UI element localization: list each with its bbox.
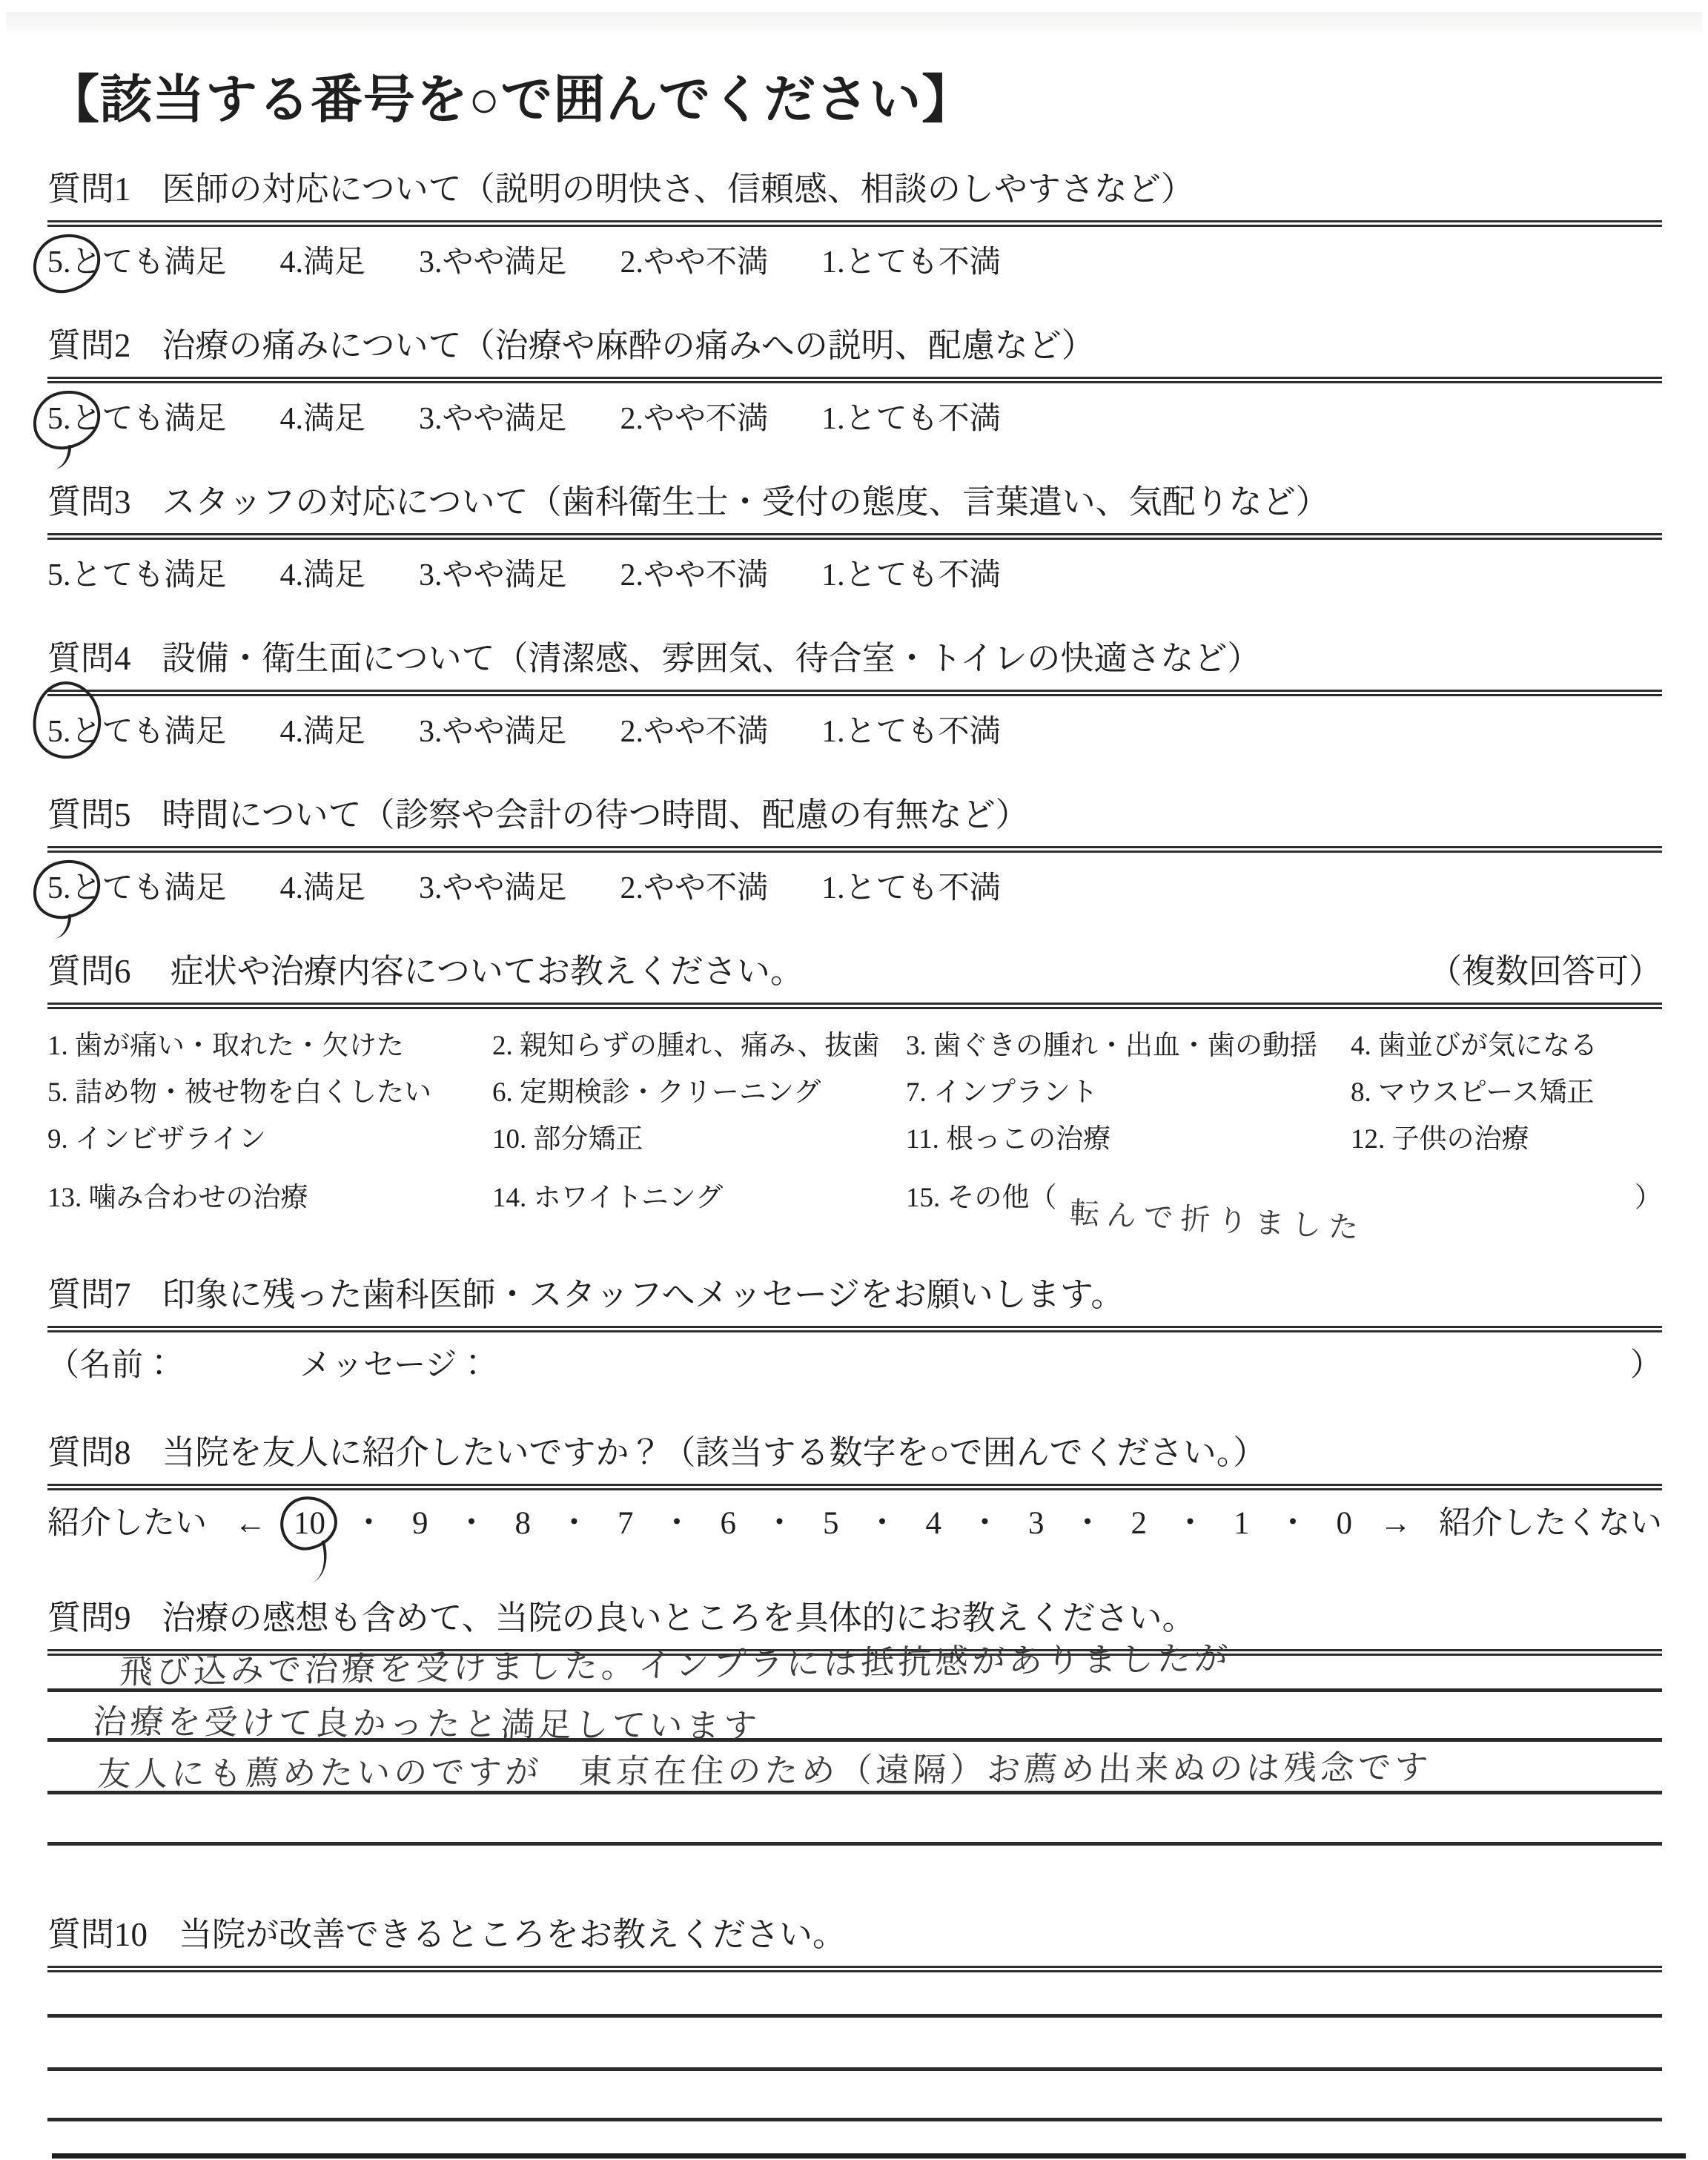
question-1-option-4: 4.満足 — [280, 243, 366, 282]
answer-line-empty — [47, 2071, 1662, 2121]
scale-separator: ・ — [969, 1504, 1001, 1544]
multiple-answers-note: （複数回答可） — [1429, 951, 1662, 992]
question-5-option-2: 2.やや不満 — [620, 869, 769, 908]
question-1-option-5: 5.とても満足 — [47, 243, 227, 282]
answer-line-empty — [47, 2018, 1662, 2071]
scale-value-label: 10 — [294, 1506, 325, 1541]
question-2-block: 質問2 治療の痛みについて（治療や麻酔の痛みへの説明、配慮など） 5.とても満足… — [47, 325, 1662, 438]
question-1-options-row: 5.とても満足 4.満足 3.やや満足 2.やや不満 1.とても不満 — [47, 243, 1662, 282]
question-6-heading-left: 質問6 症状や治療内容についてお教えください。 — [47, 951, 804, 992]
question-2-option-3: 3.やや満足 — [419, 400, 567, 438]
question-3-heading: 質問3 スタッフの対応について（歯科衛生士・受付の態度、言葉遣い、気配りなど） — [47, 481, 1662, 523]
scale-separator: ・ — [1174, 1504, 1206, 1544]
question-4-option-1: 1.とても不満 — [821, 713, 1001, 751]
question-4-option-5: 5.とても満足 — [47, 713, 227, 751]
scale-value-1: 1 — [1234, 1504, 1250, 1544]
scan-bottom-edge — [52, 2153, 1686, 2159]
symptom-options-grid: 1. 歯が痛い・取れた・欠けた 2. 親知らずの腫れ、痛み、抜歯 3. 歯ぐきの… — [47, 1028, 1662, 1231]
symptom-option-11: 11. 根っこの治療 — [906, 1122, 1351, 1157]
question-2-option-1: 1.とても不満 — [821, 400, 1001, 438]
question-3-option-2: 2.やや不満 — [620, 556, 769, 595]
symptom-option-1: 1. 歯が痛い・取れた・欠けた — [47, 1028, 492, 1064]
symptom-option-9: 9. インビザライン — [47, 1122, 492, 1157]
question-10-topic: 当院が改善できるところをお教えください。 — [179, 1914, 846, 1955]
question-3-option-3: 3.やや満足 — [419, 556, 567, 595]
question-4-number: 質問4 — [47, 638, 131, 679]
question-5-heading: 質問5 時間について（診察や会計の待つ時間、配慮の有無など） — [47, 794, 1662, 836]
symptom-option-7: 7. インプラント — [906, 1075, 1351, 1111]
scale-right-label: 紹介したくない — [1439, 1504, 1662, 1544]
scale-value-2: 2 — [1131, 1504, 1148, 1544]
answer-line: 飛び込みで治療を受けました。インプラには抵抗感がありましたが — [47, 1656, 1662, 1692]
symptom-option-6: 6. 定期検診・クリーニング — [492, 1075, 906, 1111]
question-4-block: 質問4 設備・衛生面について（清潔感、雰囲気、待合室・トイレの快適さなど） 5.… — [47, 638, 1662, 751]
question-2-number: 質問2 — [47, 325, 131, 366]
question-5-option-5: 5.とても満足 — [47, 869, 227, 908]
question-3-number: 質問3 — [47, 481, 131, 523]
answer-line: 友人にも薦めたいのですが 東京在住のため（遠隔）お薦め出来ぬのは残念です — [47, 1742, 1662, 1794]
question-1-option-3: 3.やや満足 — [419, 243, 567, 282]
symptom-option-13: 13. 噛み合わせの治療 — [47, 1180, 492, 1231]
scale-value-6: 6 — [721, 1504, 737, 1544]
question-5-topic: 時間について（診察や会計の待つ時間、配慮の有無など） — [162, 794, 1029, 836]
question-4-option-3: 3.やや満足 — [419, 713, 567, 751]
question-1-option-2: 2.やや不満 — [620, 243, 769, 282]
message-field-label: メッセージ： — [299, 1346, 489, 1386]
divider-rule — [47, 1003, 1662, 1009]
handwritten-answer-line-1: 飛び込みで治療を受けました。インプラには抵抗感がありましたが — [119, 1631, 1233, 1692]
scale-value-10: 10 — [294, 1504, 325, 1544]
question-7-block: 質問7 印象に残った歯科医師・スタッフへメッセージをお願いします。 （名前： メ… — [47, 1274, 1662, 1386]
question-7-heading: 質問7 印象に残った歯科医師・スタッフへメッセージをお願いします。 — [47, 1274, 1662, 1315]
divider-rule — [47, 220, 1662, 227]
divider-rule — [47, 690, 1662, 696]
divider-rule — [47, 846, 1662, 853]
question-3-option-5: 5.とても満足 — [47, 556, 227, 595]
scale-separator: ・ — [867, 1504, 898, 1544]
question-2-option-2: 2.やや不満 — [620, 400, 769, 438]
question-5-options-row: 5.とても満足 4.満足 3.やや満足 2.やや不満 1.とても不満 — [47, 869, 1662, 908]
question-2-heading: 質問2 治療の痛みについて（治療や麻酔の痛みへの説明、配慮など） — [47, 325, 1662, 366]
question-8-number: 質問8 — [47, 1432, 131, 1473]
question-4-options-row: 5.とても満足 4.満足 3.やや満足 2.やや不満 1.とても不満 — [47, 713, 1662, 751]
scale-value-3: 3 — [1028, 1504, 1045, 1544]
scale-left-label: 紹介したい — [47, 1504, 207, 1544]
survey-form-page: 【該当する番号を○で囲んでください】 質問1 医師の対応について（説明の明快さ、… — [0, 0, 1708, 2160]
scale-separator: ・ — [1072, 1504, 1104, 1544]
question-1-option-1: 1.とても不満 — [821, 243, 1001, 282]
question-3-options-row: 5.とても満足 4.満足 3.やや満足 2.やや不満 1.とても不満 — [47, 556, 1662, 595]
symptom-option-8: 8. マウスピース矯正 — [1351, 1075, 1662, 1111]
symptom-option-15-prefix: 15. その他（ — [906, 1180, 1057, 1216]
handwritten-answer-line-2: 治療を受けて良かったと満足しています — [92, 1694, 762, 1747]
scan-edge-artifact — [6, 12, 1702, 34]
scale-value-5: 5 — [823, 1504, 839, 1544]
scale-separator: ・ — [456, 1504, 488, 1544]
scale-value-7: 7 — [618, 1504, 634, 1544]
question-5-block: 質問5 時間について（診察や会計の待つ時間、配慮の有無など） 5.とても満足 4… — [47, 794, 1662, 908]
scale-separator: ・ — [1277, 1504, 1309, 1544]
divider-rule — [47, 533, 1662, 540]
question-3-topic: スタッフの対応について（歯科衛生士・受付の態度、言葉遣い、気配りなど） — [162, 481, 1329, 523]
symptom-option-4: 4. 歯並びが気になる — [1351, 1028, 1662, 1064]
question-2-option-4: 4.満足 — [280, 400, 366, 438]
answer-line-empty — [47, 1794, 1662, 1846]
question-9-heading: 質問9 治療の感想も含めて、当院の良いところを具体的にお教えください。 — [47, 1597, 1662, 1639]
question-3-block: 質問3 スタッフの対応について（歯科衛生士・受付の態度、言葉遣い、気配りなど） … — [47, 481, 1662, 595]
option-label: 5.とても満足 — [47, 245, 227, 280]
question-9-number: 質問9 — [47, 1597, 131, 1639]
symptom-option-10: 10. 部分矯正 — [492, 1122, 906, 1157]
question-3-option-4: 4.満足 — [280, 556, 366, 595]
question-4-topic: 設備・衛生面について（清潔感、雰囲気、待合室・トイレの快適さなど） — [162, 638, 1261, 679]
symptom-option-12: 12. 子供の治療 — [1351, 1122, 1662, 1157]
question-1-block: 質問1 医師の対応について（説明の明快さ、信頼感、相談のしやすさなど） 5.とて… — [47, 168, 1662, 282]
question-5-number: 質問5 — [47, 794, 131, 836]
question-2-option-5: 5.とても満足 — [47, 400, 227, 438]
answer-line: 治療を受けて良かったと満足しています — [47, 1692, 1662, 1742]
question-1-heading: 質問1 医師の対応について（説明の明快さ、信頼感、相談のしやすさなど） — [47, 168, 1662, 210]
option-label: 5.とても満足 — [47, 871, 227, 905]
question-7-topic: 印象に残った歯科医師・スタッフへメッセージをお願いします。 — [162, 1274, 1125, 1315]
scale-separator: ・ — [353, 1504, 385, 1544]
question-2-options-row: 5.とても満足 4.満足 3.やや満足 2.やや不満 1.とても不満 — [47, 400, 1662, 438]
name-field-label: （名前： — [47, 1346, 175, 1386]
question-4-option-2: 2.やや不満 — [620, 713, 769, 751]
question-10-block: 質問10 当院が改善できるところをお教えください。 — [47, 1914, 1662, 2121]
divider-rule — [47, 1966, 1662, 1972]
option-label: 5.とても満足 — [47, 715, 227, 749]
scale-value-0: 0 — [1337, 1504, 1353, 1544]
scale-separator: ・ — [764, 1504, 795, 1544]
handwritten-other-answer: 転んで折りました — [1068, 1195, 1366, 1246]
question-10-number: 質問10 — [47, 1914, 148, 1955]
right-arrow-icon: → — [1380, 1504, 1411, 1544]
question-5-option-4: 4.満足 — [280, 869, 366, 908]
question-9-topic: 治療の感想も含めて、当院の良いところを具体的にお教えください。 — [162, 1597, 1196, 1639]
left-arrow-icon: ← — [234, 1504, 266, 1544]
question-5-option-3: 3.やや満足 — [419, 869, 567, 908]
question-1-number: 質問1 — [47, 168, 131, 210]
question-8-topic: 当院を友人に紹介したいですか？（該当する数字を○で囲んでください。） — [162, 1432, 1267, 1473]
answer-line-empty — [47, 1972, 1662, 2018]
divider-rule — [47, 377, 1662, 383]
scale-separator: ・ — [558, 1504, 590, 1544]
symptom-option-14: 14. ホワイトニング — [492, 1180, 906, 1231]
question-8-block: 質問8 当院を友人に紹介したいですか？（該当する数字を○で囲んでください。） 紹… — [47, 1432, 1662, 1544]
symptom-option-3: 3. 歯ぐきの腫れ・出血・歯の動揺 — [906, 1028, 1351, 1064]
question-3-option-1: 1.とても不満 — [821, 556, 1001, 595]
question-9-block: 質問9 治療の感想も含めて、当院の良いところを具体的にお教えください。 飛び込み… — [47, 1597, 1662, 1846]
symptom-option-2: 2. 親知らずの腫れ、痛み、抜歯 — [492, 1028, 906, 1064]
symptom-option-15-close-paren: ） — [1635, 1180, 1662, 1216]
scale-separator: ・ — [661, 1504, 693, 1544]
question-6-topic: 症状や治療内容についてお教えください。 — [171, 953, 804, 990]
question-4-option-4: 4.満足 — [280, 713, 366, 751]
question-5-option-1: 1.とても不満 — [821, 869, 1001, 908]
scale-value-4: 4 — [926, 1504, 942, 1544]
option-label: 5.とても満足 — [47, 402, 227, 436]
scale-value-9: 9 — [412, 1504, 428, 1544]
question-10-heading: 質問10 当院が改善できるところをお教えください。 — [47, 1914, 1662, 1955]
question-2-topic: 治療の痛みについて（治療や麻酔の痛みへの説明、配慮など） — [162, 325, 1095, 366]
name-message-row: （名前： メッセージ： ） — [47, 1346, 1662, 1386]
symptom-option-15-other: 15. その他（ 転んで折りました ） — [906, 1180, 1662, 1231]
symptom-option-5: 5. 詰め物・被せ物を白くしたい — [47, 1075, 492, 1111]
scale-value-8: 8 — [515, 1504, 532, 1544]
question-4-heading: 質問4 設備・衛生面について（清潔感、雰囲気、待合室・トイレの快適さなど） — [47, 638, 1662, 679]
nps-scale-row: 紹介したい ← 10 ・ 9 ・ 8 ・ 7 ・ 6 ・ 5 ・ 4 ・ 3 ・… — [47, 1504, 1662, 1544]
question-1-topic: 医師の対応について（説明の明快さ、信頼感、相談のしやすさなど） — [162, 168, 1194, 210]
handwritten-answer-line-3: 友人にも薦めたいのですが 東京在住のため（遠隔）お薦め出来ぬのは残念です — [96, 1740, 1433, 1794]
divider-rule — [47, 1326, 1662, 1332]
question-6-block: 質問6 症状や治療内容についてお教えください。 （複数回答可） 1. 歯が痛い・… — [47, 951, 1662, 1231]
close-paren: ） — [1630, 1346, 1662, 1386]
question-6-number: 質問6 — [47, 953, 131, 990]
question-8-heading: 質問8 当院を友人に紹介したいですか？（該当する数字を○で囲んでください。） — [47, 1432, 1662, 1473]
divider-rule — [47, 1484, 1662, 1490]
question-7-number: 質問7 — [47, 1274, 131, 1315]
question-6-heading: 質問6 症状や治療内容についてお教えください。 （複数回答可） — [47, 951, 1662, 992]
